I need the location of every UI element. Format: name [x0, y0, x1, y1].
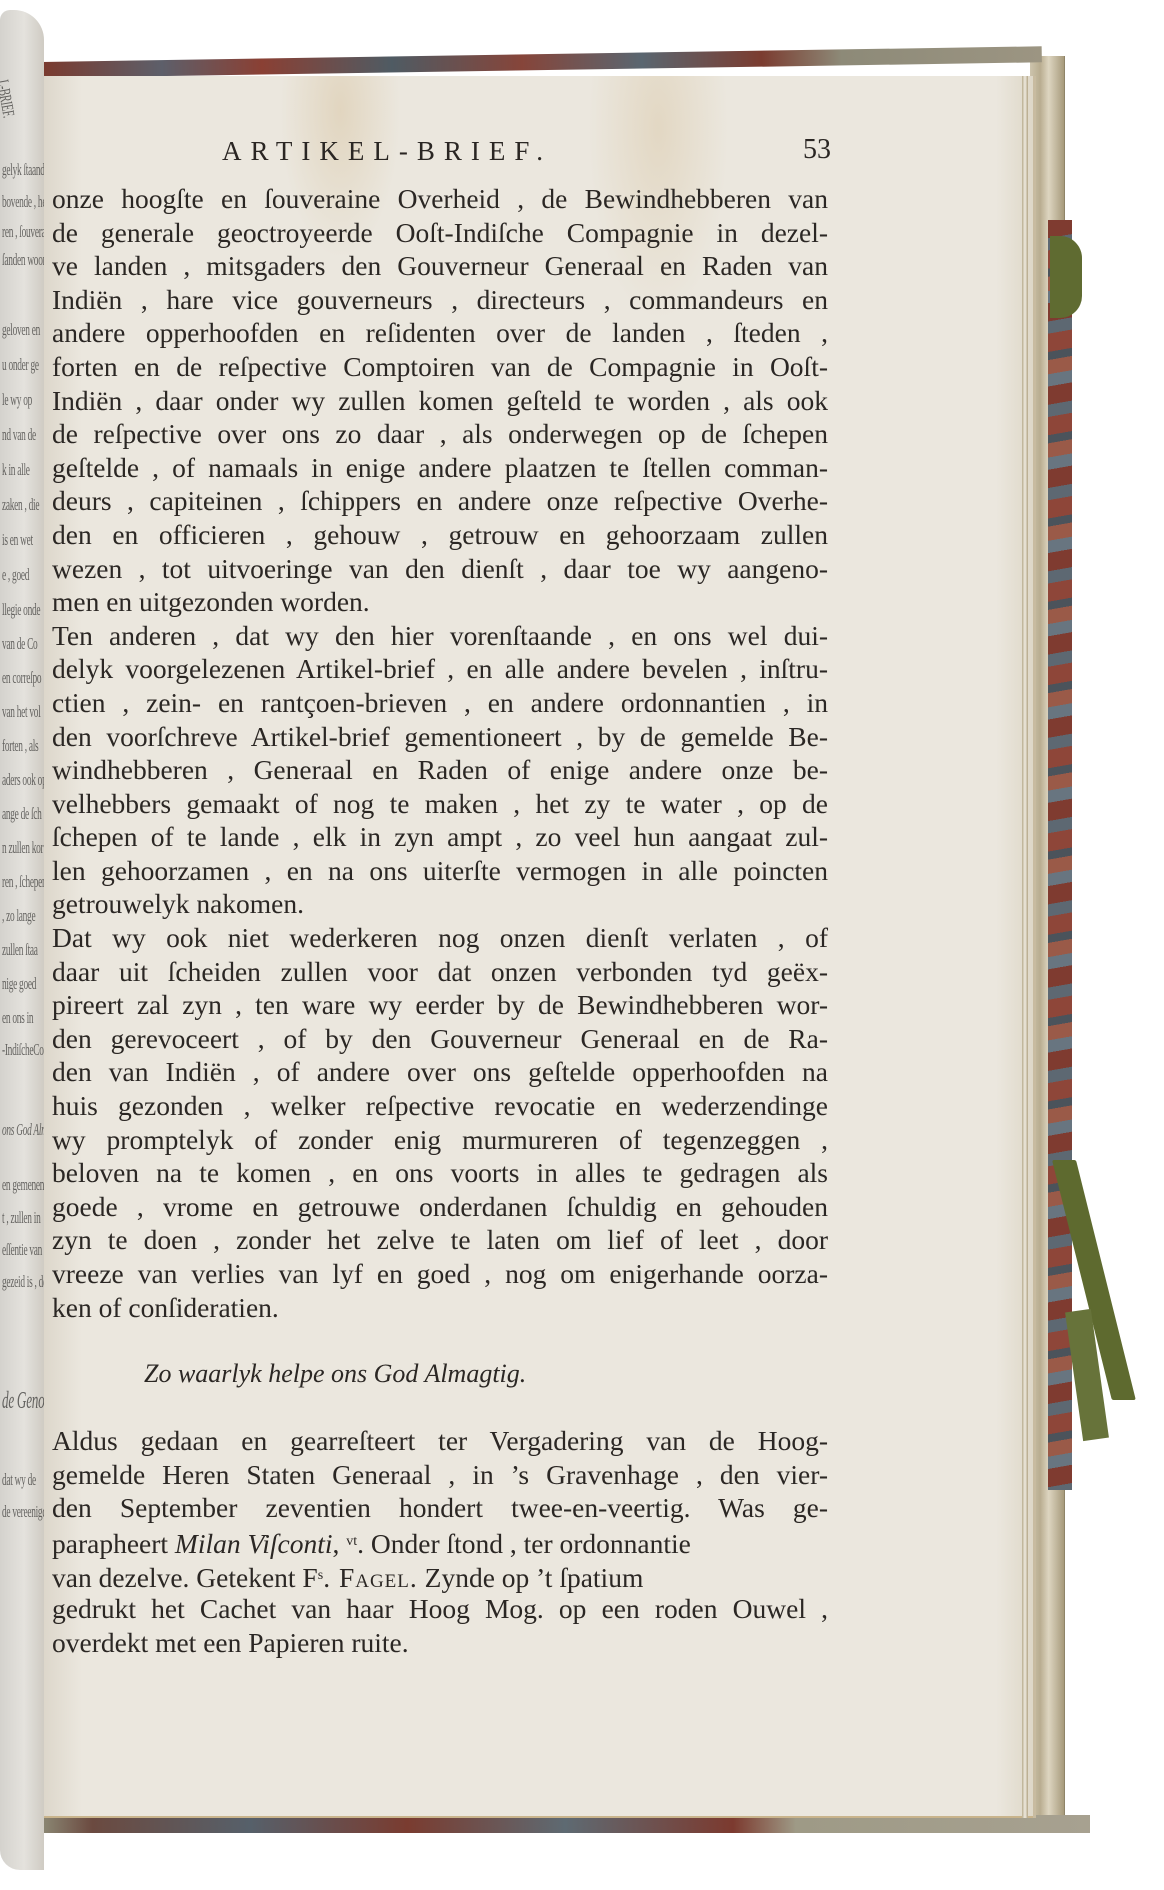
facing-text: ſanden woord: [2, 250, 35, 270]
running-title: ARTIKEL-BRIEF.: [222, 136, 552, 167]
page-number: 53: [803, 134, 831, 166]
facing-text: e , goed: [2, 565, 35, 585]
text-line: wy promptelyk of zonder enig murmureren …: [52, 1123, 828, 1157]
signatory-name: . Fagel.: [323, 1562, 418, 1593]
text-line: huis gezonden , welker reſpective revoca…: [52, 1089, 828, 1123]
paragraph-1: onze hoogſte en ſouveraine Overheid , de…: [52, 182, 828, 619]
text-fragment: . Onder ſtond , ter ordonnantie: [357, 1528, 691, 1559]
text-line: Ten anderen , dat wy den hier vorenſtaan…: [52, 619, 828, 653]
text-line: len gehoorzamen , en na ons uiterſte ver…: [52, 854, 828, 888]
text-line: deurs , capiteinen , ſchippers en andere…: [52, 484, 828, 518]
text-line: den voorſchreve Artikel-brief gementione…: [52, 720, 828, 754]
text-line: Indiën , daar onder wy zullen komen geſt…: [52, 384, 828, 418]
superscript: vt: [346, 1534, 357, 1549]
facing-text: n zullen kor: [2, 838, 35, 858]
facing-text: k in alle: [2, 460, 35, 480]
text-line: delyk voorgelezenen Artikel-brief , en a…: [52, 652, 828, 686]
text-line: ve landen , mitsgaders den Gouverneur Ge…: [52, 249, 828, 283]
facing-page-head: L-BRIEF.: [0, 78, 18, 117]
facing-page-curl: L-BRIEF. gelyk ſtaande bovende , hebbe r…: [0, 10, 44, 1870]
text-fragment: van dezelve. Getekent F: [52, 1562, 318, 1593]
text-line: gemelde Heren Staten Generaal , in ’s Gr…: [52, 1458, 828, 1492]
text-line: Dat wy ook niet wederkeren nog onzen die…: [52, 921, 828, 955]
text-line: ſchepen of te lande , elk in zyn ampt , …: [52, 820, 828, 854]
facing-text: en correſpo: [2, 668, 35, 688]
facing-text: aders ook op: [2, 770, 35, 790]
page-body: onze hoogſte en ſouveraine Overheid , de…: [52, 182, 828, 1659]
facing-text: gelyk ſtaande: [2, 160, 35, 180]
facing-text: t , zullen in: [2, 1208, 35, 1228]
oath-line: Zo waarlyk helpe ons God Almagtig.: [52, 1346, 828, 1402]
spacer: [52, 1324, 828, 1346]
text-line: forten en de reſpective Comptoiren van d…: [52, 350, 828, 384]
paragraph-4: Aldus gedaan en gearreſteert ter Vergade…: [52, 1424, 828, 1659]
text-line: ken of conſideratien.: [52, 1291, 828, 1325]
book-photo: ARTIKEL-BRIEF. 53 onze hoogſte en ſouver…: [0, 0, 1164, 1890]
text-line: beloven na te komen , en ons voorts in a…: [52, 1156, 828, 1190]
text-line: de reſpective over ons zo daar , als ond…: [52, 417, 828, 451]
facing-text: ange de ſch: [2, 804, 35, 824]
facing-text: llegie onde: [2, 600, 35, 620]
facing-text: , zo lange: [2, 906, 35, 926]
facing-text: u onder ge: [2, 355, 35, 375]
text-line: den en officieren , gehouw , getrouw en …: [52, 518, 828, 552]
text-line: ctien , zein- en rantçoen-brieven , en a…: [52, 686, 828, 720]
text-line-signature: parapheert Milan Viſconti, vt. Onder ſto…: [52, 1525, 828, 1559]
text-line: de generale geoctroyeerde Ooſt-Indiſche …: [52, 216, 828, 250]
signatory-name: Milan Viſconti: [175, 1528, 333, 1559]
spacer: [52, 1402, 828, 1424]
facing-text: ren , ſouvera: [2, 222, 35, 242]
facing-text: geloven en: [2, 320, 35, 340]
text-fragment: parapheert: [52, 1528, 175, 1559]
text-line: Indiën , hare vice gouverneurs , directe…: [52, 283, 828, 317]
text-line: den van Indiën , of andere over ons geſt…: [52, 1055, 828, 1089]
facing-text: van het vol: [2, 702, 35, 722]
paragraph-3: Dat wy ook niet wederkeren nog onzen die…: [52, 921, 828, 1324]
facing-text: dat wy de: [2, 1470, 35, 1490]
facing-text: en gemenen: [2, 1175, 35, 1195]
text-line: den September zeventien hondert twee-en-…: [52, 1491, 828, 1525]
facing-text: ren , ſchepen: [2, 872, 35, 892]
facing-text: is en wet: [2, 530, 35, 550]
facing-text: le wy op: [2, 390, 35, 410]
facing-text: gezeid is , den: [2, 1272, 35, 1292]
green-ribbon-upper: [1050, 236, 1082, 318]
text-line: gedrukt het Cachet van haar Hoog Mog. op…: [52, 1592, 828, 1626]
text-line: getrouwelyk nakomen.: [52, 887, 828, 921]
facing-text: de vereenigde: [2, 1502, 35, 1522]
paragraph-2: Ten anderen , dat wy den hier vorenſtaan…: [52, 619, 828, 921]
page-edge: [1022, 76, 1028, 1818]
text-line: onze hoogſte en ſouveraine Overheid , de…: [52, 182, 828, 216]
facing-text-italic: ons God Almag: [2, 1120, 35, 1140]
text-line: daar uit ſcheiden zullen voor dat onzen …: [52, 955, 828, 989]
text-line-signature: van dezelve. Getekent Fs. Fagel. Zynde o…: [52, 1559, 828, 1593]
facing-text: nd van de: [2, 425, 35, 445]
text-line: windhebberen , Generaal en Raden of enig…: [52, 753, 828, 787]
text-line: velhebbers gemaakt of nog te maken , het…: [52, 787, 828, 821]
facing-text: zullen ſtaa: [2, 940, 35, 960]
text-line: goede , vrome en getrouwe onderdanen ſch…: [52, 1190, 828, 1224]
facing-text: van de Co: [2, 634, 35, 654]
text-line: wezen , tot uitvoeringe van den dienſt ,…: [52, 552, 828, 586]
facing-text: bovende , hebbe: [2, 192, 35, 212]
text-line: Aldus gedaan en gearreſteert ter Vergade…: [52, 1424, 828, 1458]
text-line: vreeze van verlies van lyf en goed , nog…: [52, 1257, 828, 1291]
facing-text: forten , als: [2, 736, 35, 756]
text-fragment: Zynde op ’t ſpatium: [418, 1562, 644, 1593]
facing-text: nige goed: [2, 974, 35, 994]
text-line: zyn te doen , zonder het zelve te laten …: [52, 1223, 828, 1257]
text-line: pireert zal zyn , ten ware wy eerder by …: [52, 988, 828, 1022]
text-line: den gerevoceert , of by den Gouverneur G…: [52, 1022, 828, 1056]
text-line: overdekt met een Papieren ruite.: [52, 1626, 828, 1660]
facing-text-italic: de Genom: [2, 1388, 35, 1415]
text-line: men en uitgezonden worden.: [52, 585, 828, 619]
facing-text: en ons in: [2, 1008, 35, 1028]
marbled-top-edge: [42, 46, 1042, 78]
text-line: geſtelde , of namaals in enige andere pl…: [52, 451, 828, 485]
facing-text: eſſentie van: [2, 1240, 35, 1260]
marbled-board-edge: [1048, 220, 1072, 1490]
text-line: andere opperhoofden en reſidenten over d…: [52, 316, 828, 350]
facing-text: zaken , die: [2, 495, 35, 515]
text-fragment: ,: [333, 1528, 347, 1559]
facing-text: -IndiſcheCo: [2, 1040, 35, 1060]
